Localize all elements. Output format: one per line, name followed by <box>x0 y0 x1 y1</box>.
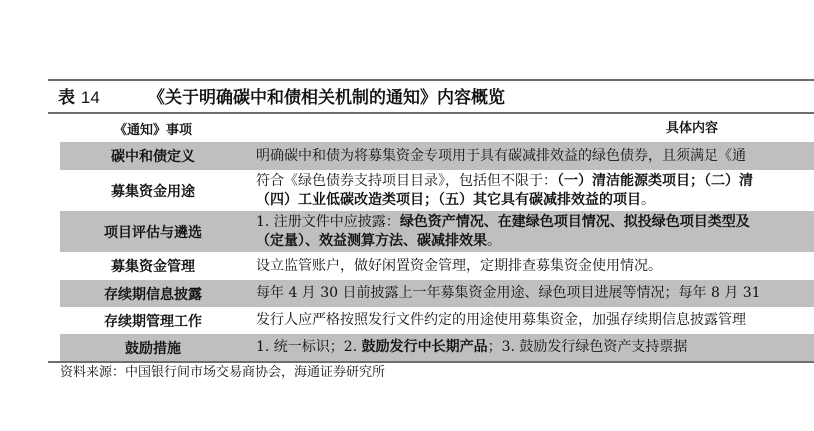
bold-text-segment: （四）工业低碳改造类项目；（五）其它具有碳减排效益的项目 <box>256 192 641 208</box>
top-rule <box>48 79 814 81</box>
text-segment: 1. 统一标识；2. <box>256 339 362 355</box>
text-segment: 发行人应严格按照发行文件约定的用途使用募集资金，加强存续期信息披露管理 <box>256 312 746 328</box>
content-line: 设立监管账户，做好闲置资金管理，定期排查募集资金使用情况。 <box>256 257 814 276</box>
bold-text-segment: 鼓励发行中长期产品 <box>362 339 488 355</box>
row-item: 募集资金用途 <box>60 170 246 211</box>
bold-text-segment: （定量）、效益测算方法、碳减排效果 <box>256 233 487 249</box>
source-note: 资料来源：中国银行间市场交易商协会，海通证券研究所 <box>60 364 385 382</box>
table-row: 募集资金管理设立监管账户，做好闲置资金管理，定期排查募集资金使用情况。 <box>60 252 814 280</box>
table-header-row: 《通知》事项 具体内容 <box>60 114 814 142</box>
row-item: 募集资金管理 <box>60 252 246 280</box>
bold-text-segment: （一）清洁能源类项目；（二）清 <box>557 173 753 189</box>
content-table: 《通知》事项 具体内容 碳中和债定义明确碳中和债为将募集资金专项用于具有碳减排效… <box>60 114 814 361</box>
content-line: （四）工业低碳改造类项目；（五）其它具有碳减排效益的项目。 <box>256 191 814 210</box>
table-number-label: 表 <box>58 88 75 108</box>
table-row: 碳中和债定义明确碳中和债为将募集资金专项用于具有碳减排效益的绿色债券，且须满足《… <box>60 142 814 170</box>
table-row: 存续期信息披露每年 4 月 30 日前披露上一年募集资金用途、绿色项目进展等情况… <box>60 280 814 307</box>
text-segment: 每年 4 月 30 日前披露上一年募集资金用途、绿色项目进展等情况；每年 8 月… <box>256 285 761 301</box>
text-segment: 。 <box>641 192 655 208</box>
row-content: 发行人应严格按照发行文件约定的用途使用募集资金，加强存续期信息披露管理 <box>246 307 814 334</box>
content-line: 符合《绿色债券支持项目目录》，包括但不限于：（一）清洁能源类项目；（二）清 <box>256 172 814 191</box>
content-line: 每年 4 月 30 日前披露上一年募集资金用途、绿色项目进展等情况；每年 8 月… <box>256 284 814 303</box>
table-number-digits: 14 <box>81 88 100 107</box>
table-number: 表 14 <box>58 85 148 111</box>
content-line: （定量）、效益测算方法、碳减排效果。 <box>256 232 814 251</box>
row-item: 鼓励措施 <box>60 334 246 361</box>
row-content: 1. 统一标识；2. 鼓励发行中长期产品；3. 鼓励发行绿色资产支持票据 <box>246 334 814 361</box>
text-segment: 符合《绿色债券支持项目目录》，包括但不限于： <box>256 173 557 189</box>
table-row: 募集资金用途符合《绿色债券支持项目目录》，包括但不限于：（一）清洁能源类项目；（… <box>60 170 814 211</box>
bold-text-segment: 绿色资产情况、在建绿色项目情况、拟投绿色项目类型及 <box>400 214 750 230</box>
text-segment: 设立监管账户，做好闲置资金管理，定期排查募集资金使用情况。 <box>256 258 662 274</box>
row-content: 符合《绿色债券支持项目目录》，包括但不限于：（一）清洁能源类项目；（二）清（四）… <box>246 170 814 211</box>
text-segment: 。 <box>487 233 501 249</box>
row-content: 每年 4 月 30 日前披露上一年募集资金用途、绿色项目进展等情况；每年 8 月… <box>246 280 814 307</box>
row-content: 明确碳中和债为将募集资金专项用于具有碳减排效益的绿色债券，且须满足《通 <box>246 142 814 170</box>
content-line: 1. 注册文件中应披露：绿色资产情况、在建绿色项目情况、拟投绿色项目类型及 <box>256 213 814 232</box>
row-item: 碳中和债定义 <box>60 142 246 170</box>
content-line: 发行人应严格按照发行文件约定的用途使用募集资金，加强存续期信息披露管理 <box>256 311 814 330</box>
table-title-text: 《关于明确碳中和债相关机制的通知》内容概览 <box>148 88 505 108</box>
header-content: 具体内容 <box>246 114 814 142</box>
text-segment: 明确碳中和债为将募集资金专项用于具有碳减排效益的绿色债券，且须满足《通 <box>256 148 746 164</box>
row-content: 设立监管账户，做好闲置资金管理，定期排查募集资金使用情况。 <box>246 252 814 280</box>
row-item: 存续期管理工作 <box>60 307 246 334</box>
bottom-rule <box>48 361 814 363</box>
content-line: 明确碳中和债为将募集资金专项用于具有碳减排效益的绿色债券，且须满足《通 <box>256 147 814 166</box>
row-item: 项目评估与遴选 <box>60 211 246 252</box>
table-row: 项目评估与遴选1. 注册文件中应披露：绿色资产情况、在建绿色项目情况、拟投绿色项… <box>60 211 814 252</box>
text-segment: ；3. 鼓励发行绿色资产支持票据 <box>488 339 688 355</box>
row-content: 1. 注册文件中应披露：绿色资产情况、在建绿色项目情况、拟投绿色项目类型及（定量… <box>246 211 814 252</box>
table-row: 存续期管理工作发行人应严格按照发行文件约定的用途使用募集资金，加强存续期信息披露… <box>60 307 814 334</box>
row-item: 存续期信息披露 <box>60 280 246 307</box>
content-line: 1. 统一标识；2. 鼓励发行中长期产品；3. 鼓励发行绿色资产支持票据 <box>256 338 814 357</box>
table-title: 表 14《关于明确碳中和债相关机制的通知》内容概览 <box>58 85 505 111</box>
table-body: 碳中和债定义明确碳中和债为将募集资金专项用于具有碳减排效益的绿色债券，且须满足《… <box>60 142 814 361</box>
table-row: 鼓励措施1. 统一标识；2. 鼓励发行中长期产品；3. 鼓励发行绿色资产支持票据 <box>60 334 814 361</box>
header-item: 《通知》事项 <box>60 114 246 142</box>
document-page: 表 14《关于明确碳中和债相关机制的通知》内容概览 《通知》事项 具体内容 碳中… <box>0 0 814 431</box>
text-segment: 1. 注册文件中应披露： <box>256 214 400 230</box>
